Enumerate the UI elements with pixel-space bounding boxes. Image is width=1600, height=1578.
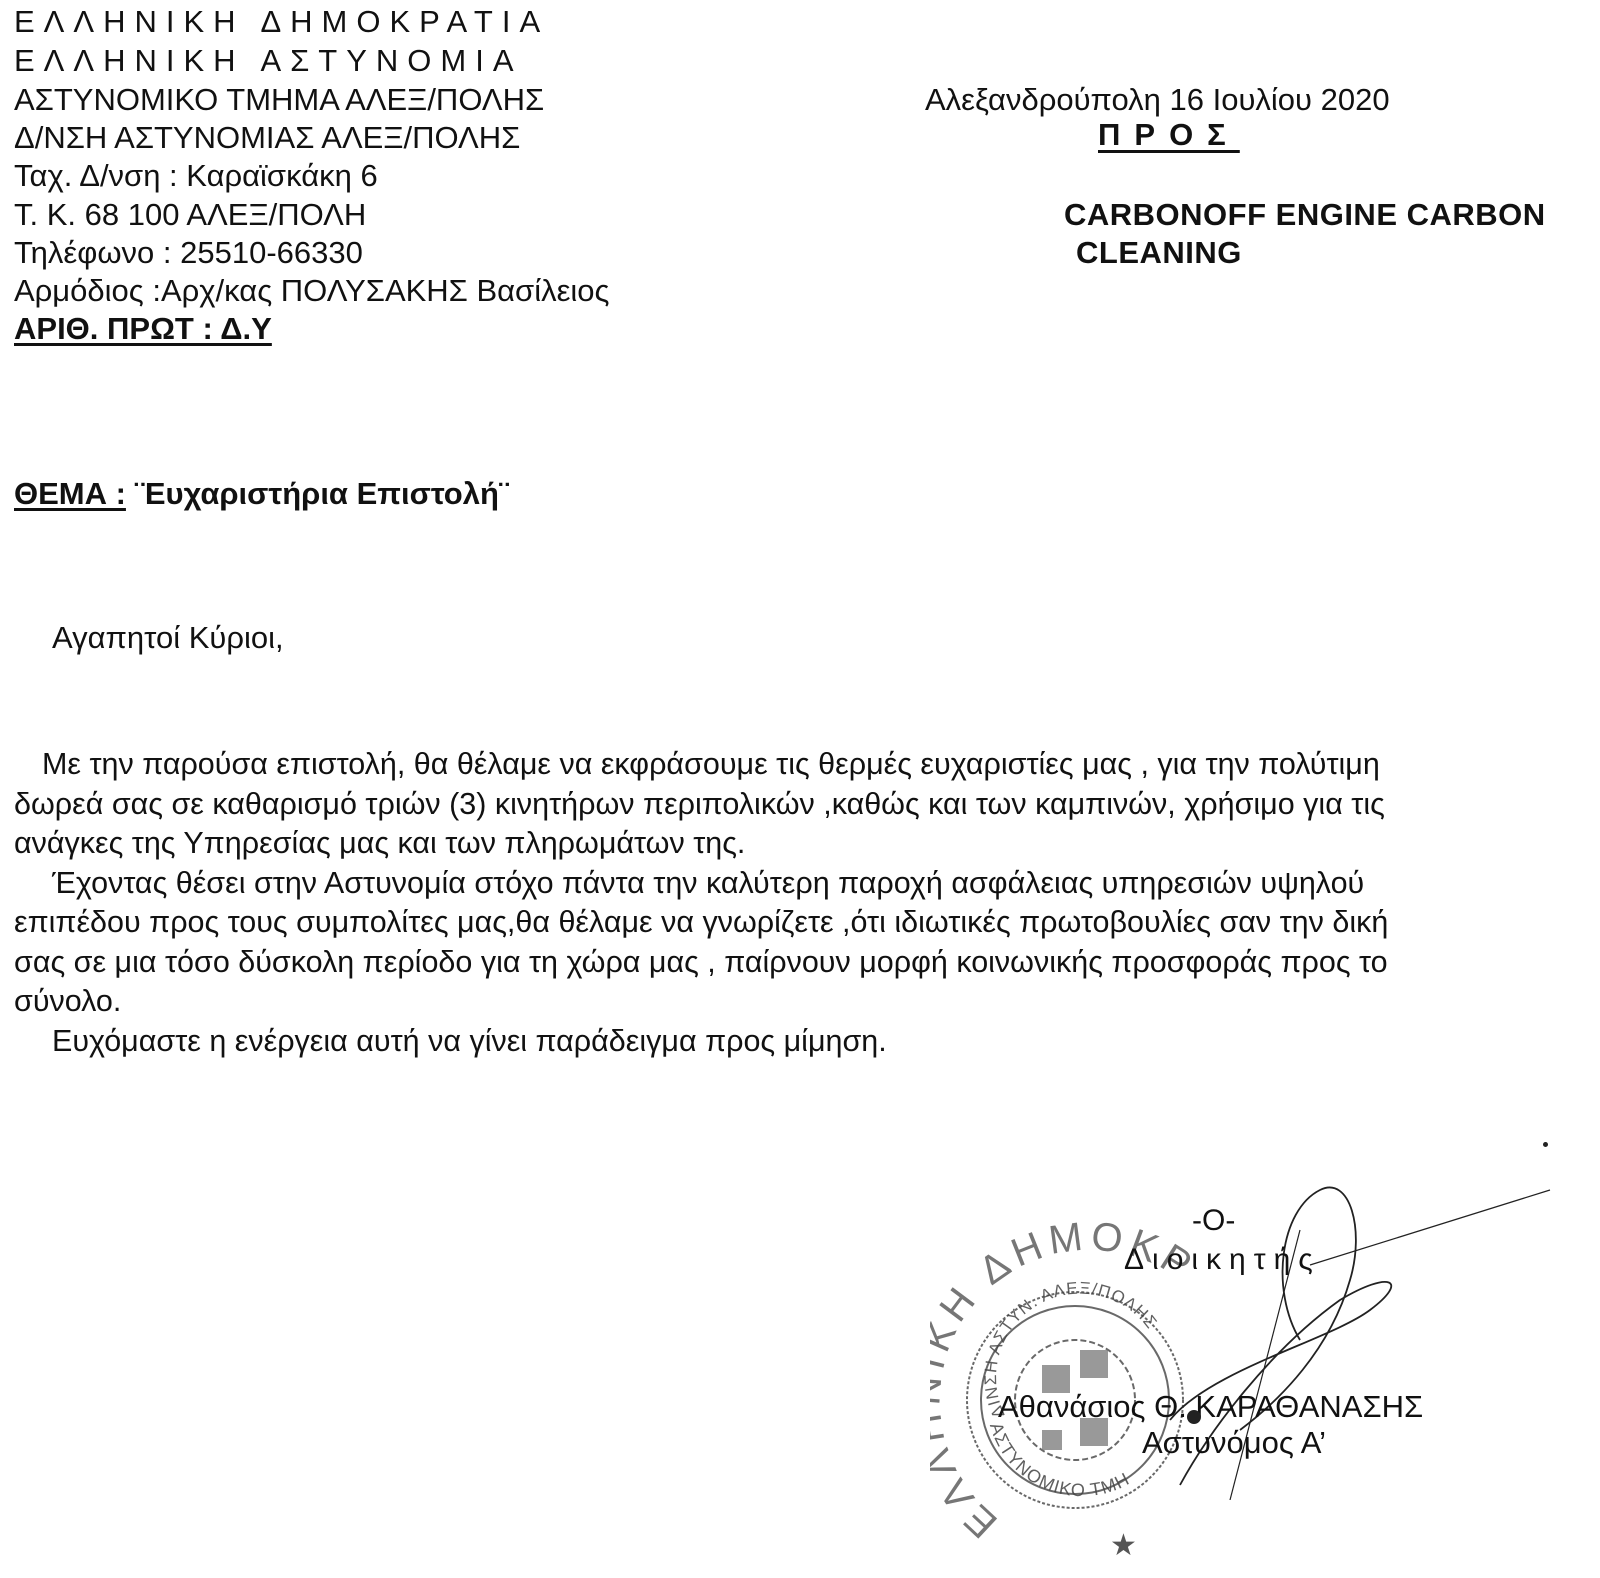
body-line: Με την παρούσα επιστολή, θα θέλαμε να εκ…: [14, 745, 1574, 785]
header-line-officer: Αρμόδιος :Αρχ/κας ΠΟΛΥΣΑΚΗΣ Βασίλειος: [14, 272, 609, 310]
place-date: Αλεξανδρούπολη 16 Ιουλίου 2020: [925, 81, 1390, 119]
signatory-name: Αθανάσιος Θ. ΚΑΡΑΘΑΝΑΣΗΣ: [998, 1388, 1423, 1426]
to-label: ΠΡΟΣ: [1098, 116, 1240, 154]
scan-speck: [1543, 1142, 1548, 1147]
subject: ΘΕΜΑ : ¨Ευχαριστήρια Επιστολή¨: [14, 474, 509, 514]
body-line: επιπέδου προς τους συμπολίτες μας,θα θέλ…: [14, 903, 1574, 943]
header-line-phone: Τηλέφωνο : 25510-66330: [14, 234, 363, 272]
protocol-number: ΑΡΙΘ. ΠΡΩΤ : Δ.Υ: [14, 310, 272, 348]
body-line: σας σε μια τόσο δύσκολη περίοδο για τη χ…: [14, 943, 1574, 983]
subject-text: ¨Ευχαριστήρια Επιστολή¨: [126, 476, 509, 511]
body-line: Ευχόμαστε η ενέργεια αυτή να γίνει παράδ…: [14, 1022, 1574, 1062]
header-line-postcode: Τ. Κ. 68 100 ΑΛΕΞ/ΠΟΛΗ: [14, 196, 366, 234]
header-line-directorate: Δ/ΝΣΗ ΑΣΤΥΝΟΜΙΑΣ ΑΛΕΞ/ΠΟΛΗΣ: [14, 119, 520, 157]
letter-body: Με την παρούσα επιστολή, θα θέλαμε να εκ…: [14, 745, 1574, 1061]
body-line: ανάγκες της Υπηρεσίας μας και των πληρωμ…: [14, 824, 1574, 864]
star-icon: ★: [1110, 1528, 1137, 1563]
header-line-police: ΕΛΛΗΝΙΚΗ ΑΣΤΥΝΟΜΙΑ: [14, 42, 523, 80]
salutation: Αγαπητοί Κύριοι,: [52, 618, 284, 658]
header-line-address: Ταχ. Δ/νση : Καραϊσκάκη 6: [14, 157, 378, 195]
signatory-title: Διοικητής: [1124, 1242, 1321, 1278]
signatory-rank: Αστυνόμος Α’: [1142, 1424, 1326, 1462]
header-line-department: ΑΣΤΥΝΟΜΙΚΟ ΤΜΗΜΑ ΑΛΕΞ/ΠΟΛΗΣ: [14, 81, 544, 119]
header-line-republic: ΕΛΛΗΝΙΚΗ ΔΗΜΟΚΡΑΤΙΑ: [14, 3, 549, 41]
body-line: δωρεά σας σε καθαρισμό τριών (3) κινητήρ…: [14, 785, 1574, 825]
signature-marker: -Ο-: [1192, 1203, 1235, 1239]
body-line: σύνολο.: [14, 982, 1574, 1022]
body-line: Έχοντας θέσει στην Αστυνομία στόχο πάντα…: [14, 864, 1574, 904]
recipient-line-1: CARBONOFF ENGINE CARBON: [1064, 196, 1546, 234]
subject-label: ΘΕΜΑ :: [14, 476, 126, 511]
scan-speck: [1187, 1410, 1201, 1424]
recipient-line-2: CLEANING: [1076, 234, 1242, 272]
